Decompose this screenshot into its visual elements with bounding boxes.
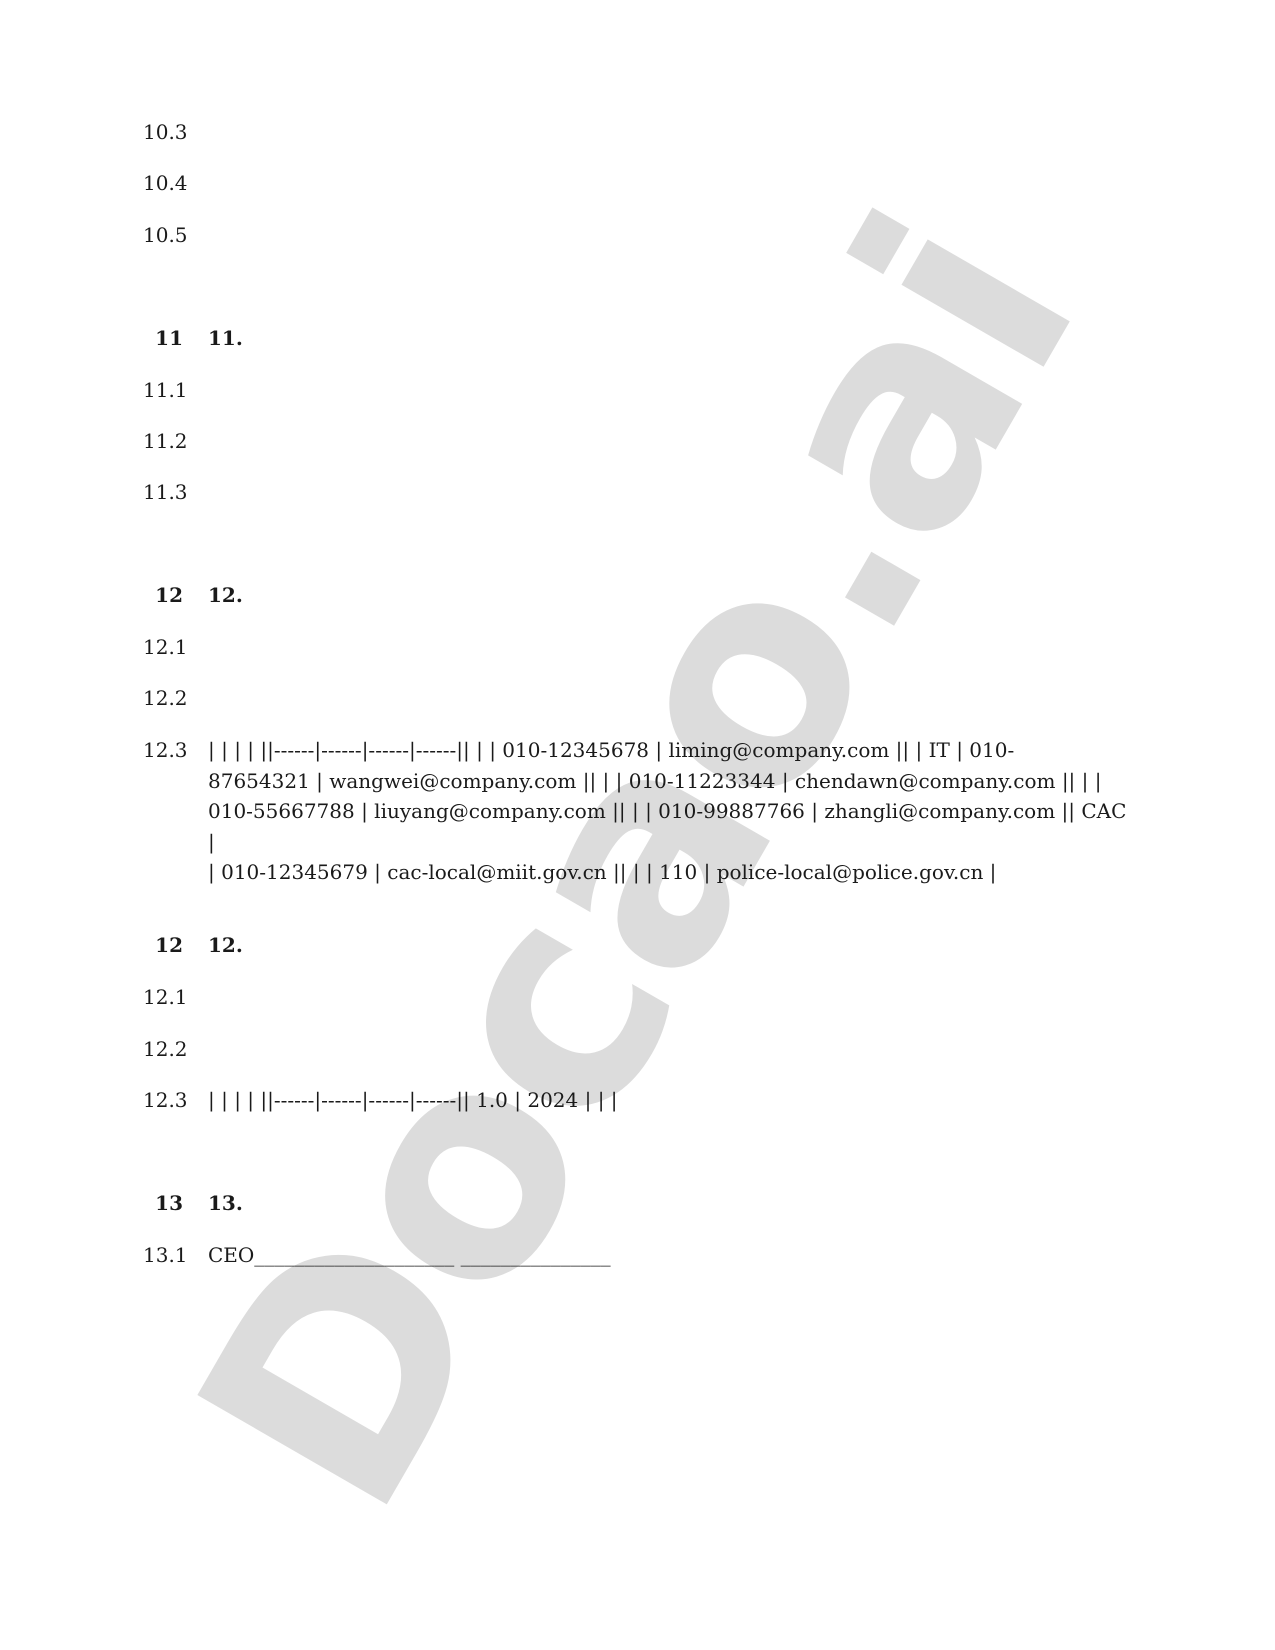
section-heading-12: 12 12. [143,580,1128,611]
clause-text [208,982,1128,1013]
clause-text [208,220,1128,251]
clause-12-2: 12.2 [143,683,1128,714]
clause-11-3: 11.3 [143,477,1128,508]
section-title: 11. [208,323,1128,354]
section-heading-12-repeat: 12 12. [143,930,1128,961]
signature-line: CEO____________________ _______________ [208,1240,1128,1271]
contact-line: | | | | ||------|------|------|------|| … [208,735,1128,766]
contact-line: | 010-12345679 | cac-local@miit.gov.cn |… [208,857,1128,888]
section-title: 12. [208,580,1128,611]
clause-number: 11.2 [143,426,208,457]
clause-10-4: 10.4 [143,168,1128,199]
clause-number: 12.3 [143,735,208,888]
clause-text [208,632,1128,663]
contact-table-text: | | | | ||------|------|------|------|| … [208,735,1128,888]
clause-text [208,1034,1128,1065]
clause-number: 12.3 [143,1085,208,1116]
clause-10-3: 10.3 [143,117,1128,148]
contact-line: 010-55667788 | liuyang@company.com || | … [208,796,1128,857]
section-title: 12. [208,930,1128,961]
clause-13-1-signature: 13.1 CEO____________________ ___________… [143,1240,1128,1271]
clause-number: 12.1 [143,982,208,1013]
clause-number: 13.1 [143,1240,208,1271]
document-page: 10.3 10.4 10.5 11 11. 11.1 11.2 11.3 12 … [0,0,1275,1650]
section-number: 12 [143,580,183,611]
clause-number: 12.1 [143,632,208,663]
clause-text [208,117,1128,148]
clause-text [208,477,1128,508]
section-number: 12 [143,930,183,961]
clause-number: 10.4 [143,168,208,199]
clause-text [208,375,1128,406]
clause-text [208,168,1128,199]
section-heading-11: 11 11. [143,323,1128,354]
contact-line: 87654321 | wangwei@company.com || | | 01… [208,766,1128,797]
clause-number: 11.1 [143,375,208,406]
clause-number: 10.5 [143,220,208,251]
clause-11-1: 11.1 [143,375,1128,406]
clause-number: 12.2 [143,683,208,714]
clause-12-3-version: 12.3 | | | | ||------|------|------|----… [143,1085,1128,1116]
clause-10-5: 10.5 [143,220,1128,251]
section-title: 13. [208,1188,1128,1219]
clause-number: 11.3 [143,477,208,508]
clause-12-1-repeat: 12.1 [143,982,1128,1013]
section-number: 13 [143,1188,183,1219]
section-heading-13: 13 13. [143,1188,1128,1219]
clause-number: 12.2 [143,1034,208,1065]
clause-12-1: 12.1 [143,632,1128,663]
clause-text [208,683,1128,714]
clause-11-2: 11.2 [143,426,1128,457]
clause-number: 10.3 [143,117,208,148]
clause-12-3-contacts: 12.3 | | | | ||------|------|------|----… [143,735,1128,888]
clause-text [208,426,1128,457]
section-number: 11 [143,323,183,354]
version-table-text: | | | | ||------|------|------|------|| … [208,1085,1128,1116]
clause-12-2-repeat: 12.2 [143,1034,1128,1065]
